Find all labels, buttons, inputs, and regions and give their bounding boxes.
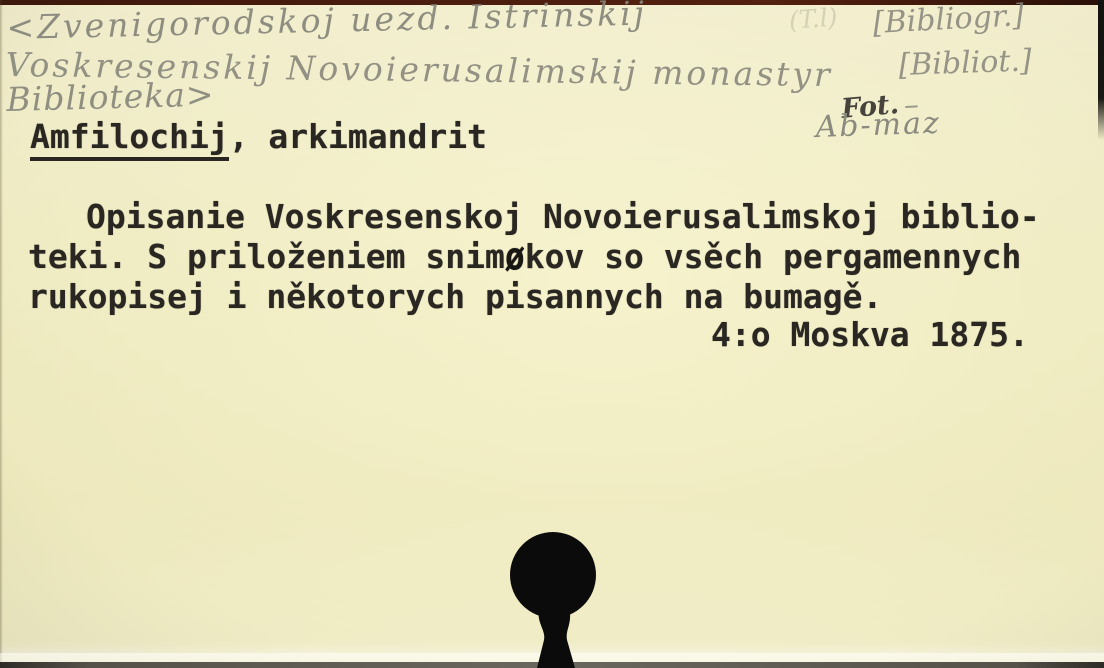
handwritten-faint-note: (T.l) (788, 3, 838, 35)
card-right-edge-shadow (1098, 0, 1104, 140)
annotation-bibliogr: [Bibliogr.] (872, 0, 1025, 41)
author-heading: Amfilochij, arkimandrit (30, 117, 487, 156)
annotation-ab-maz: Ab-maz (815, 106, 941, 145)
rod-punch-hole (505, 528, 605, 668)
punch-hole-circle (510, 532, 596, 618)
card-left-edge-shadow (0, 0, 3, 668)
title-body-line1: Opisanie Voskresenskoj Novoierusalimskoj… (86, 197, 1040, 236)
title-body-line3: rukopisej i někotorych pisannych na buma… (28, 277, 882, 316)
handwritten-classification-line1: <Zvenigorodskoj uezd. Istrinskij (6, 0, 647, 47)
annotation-bibliot: [Bibliot.] (898, 43, 1032, 83)
author-name: Amfilochij (30, 117, 229, 161)
typo-overstrike-mark: ø (505, 234, 525, 279)
title-body-line2-post: kov so vsěch pergamennych (525, 237, 1022, 276)
handwritten-classification-line3: Biblioteka> (6, 75, 215, 119)
title-body-line2-pre: teki. S priloženiem snim (28, 237, 505, 276)
catalog-card: <Zvenigorodskoj uezd. Istrinskij Voskres… (0, 0, 1104, 668)
title-body-line2: teki. S priloženiem snimøkov so vsěch pe… (28, 237, 1021, 276)
author-title: , arkimandrit (229, 117, 487, 156)
punch-hole-slot (537, 606, 575, 668)
imprint-line: 4:o Moskva 1875. (711, 315, 1029, 354)
